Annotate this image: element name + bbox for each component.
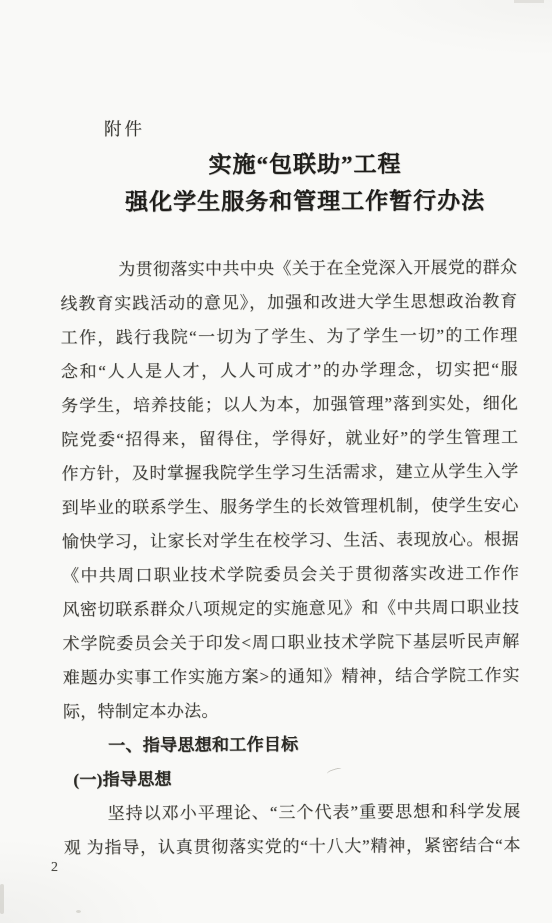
body-line: 际，特制定本办法。 bbox=[63, 693, 520, 730]
body-line: 工作，践行我院“一切为了学生、为了学生一切”的工作理 bbox=[61, 319, 518, 356]
body-line: 《中共周口职业技术学院委员会关于贯彻落实改进工作作 bbox=[62, 557, 519, 594]
document-body: 为贯彻落实中共中央《关于在全党深入开展党的群众路 线教育实践活动的意见》，加强和… bbox=[60, 251, 521, 866]
body-line: 念和“人人是人才，人人可成才”的办学理念，切实把“服 bbox=[61, 353, 518, 390]
body-line: 为贯彻落实中共中央《关于在全党深入开展党的群众路 bbox=[60, 251, 517, 288]
scan-artifact bbox=[514, 0, 544, 3]
section-heading: 一、指导思想和工作目标 bbox=[63, 727, 520, 764]
body-line: 术学院委员会关于印发<周口职业技术学院下基层听民声解 bbox=[62, 625, 519, 662]
body-line: 到毕业的联系学生、服务学生的长效管理机制，使学生安心 bbox=[62, 489, 519, 526]
body-line: 愉快学习，让家长对学生在校学习、生活、表现放心。根据 bbox=[62, 523, 519, 560]
document-title: 实施“包联助”工程 强化学生服务和管理工作暂行办法 bbox=[85, 145, 525, 221]
scan-artifact bbox=[0, 884, 4, 914]
body-line: 线教育实践活动的意见》，加强和改进大学生思想政治教育 bbox=[60, 285, 517, 322]
attachment-label: 附件 bbox=[104, 116, 145, 141]
body-line: 难题办实事工作实施方案>的通知》精神，结合学院工作实 bbox=[63, 659, 520, 696]
body-line: 务学生，培养技能；以人为本，加强管理”落到实处，细化 bbox=[61, 387, 518, 424]
title-line-2: 强化学生服务和管理工作暂行办法 bbox=[85, 182, 525, 221]
body-line: 坚持以邓小平理论、“三个代表”重要思想和科学发展 bbox=[63, 795, 520, 832]
subsection-heading: (一)指导思想 bbox=[63, 761, 520, 798]
body-line: 院党委“招得来，留得住，学得好，就业好”的学生管理工 bbox=[61, 421, 518, 458]
title-line-1: 实施“包联助”工程 bbox=[85, 145, 525, 184]
body-line: 观 为指导，认真贯彻落实党的“十八大”精神，紧密结合“本 bbox=[64, 829, 521, 866]
page-number: 2 bbox=[51, 860, 58, 876]
body-line: 作方针，及时掌握我院学生学习生活需求，建立从学生入学 bbox=[61, 455, 518, 492]
scanned-document-page: 附件 实施“包联助”工程 强化学生服务和管理工作暂行办法 为贯彻落实中共中央《关… bbox=[0, 0, 552, 923]
scan-artifact bbox=[76, 910, 81, 913]
body-line: 风密切联系群众八项规定的实施意见》和《中共周口职业技 bbox=[62, 591, 519, 628]
